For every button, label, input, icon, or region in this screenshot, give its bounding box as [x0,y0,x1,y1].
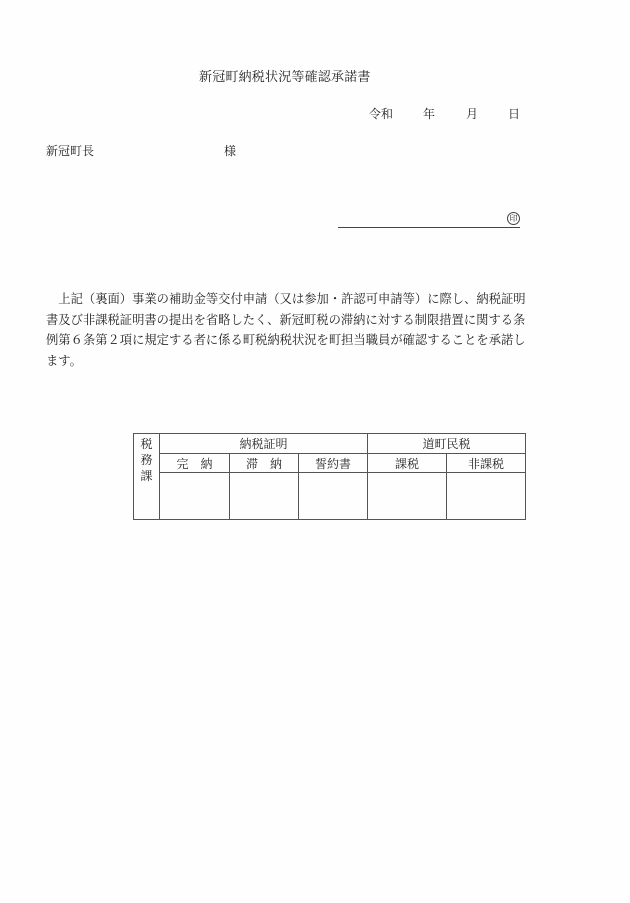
cell-non-taxable [447,473,526,520]
tax-office-table: 税 務 課 納税証明 道町民税 完 納 滞 納 誓約書 課税 非課税 [133,433,526,520]
group-header-resident-tax: 道町民税 [368,434,526,454]
cell-taxable [368,473,447,520]
date-day-label: 日 [508,105,520,122]
col-header-non-taxable: 非課税 [447,454,526,473]
addressee: 新冠町長 [46,142,94,159]
col-header-delinquent: 滞 納 [230,454,299,473]
tax-office-label: 税 務 課 [134,434,160,520]
consent-body: 上記（裏面）事業の補助金等交付申請（又は参加・許認可申請等）に際し、納税証明 書… [46,289,526,371]
honorific: 様 [224,142,236,159]
col-header-taxable: 課税 [368,454,447,473]
side-char: 税 [134,436,159,452]
col-header-pledge: 誓約書 [299,454,368,473]
body-line: 書及び非課税証明書の提出を省略したく、新冠町税の滞納に対する制限措置に関する条 [46,310,526,331]
cell-pledge [299,473,368,520]
cell-paid [160,473,230,520]
body-line: ます。 [46,351,526,372]
signature-line [338,227,520,228]
body-line: 上記（裏面）事業の補助金等交付申請（又は参加・許認可申請等）に際し、納税証明 [46,289,526,310]
seal-icon: 印 [507,212,520,225]
document-title: 新冠町納税状況等確認承諾書 [199,66,371,85]
date-month-label: 月 [466,105,478,122]
side-char: 務 [134,452,159,468]
body-line: 例第６条第２項に規定する者に係る町税納税状況を町担当職員が確認することを承諾し [46,330,526,351]
cell-delinquent [230,473,299,520]
side-char: 課 [134,468,159,484]
date-era: 令和 [369,105,393,122]
group-header-tax-certificate: 納税証明 [160,434,368,454]
col-header-paid: 完 納 [160,454,230,473]
date-year-label: 年 [423,105,435,122]
